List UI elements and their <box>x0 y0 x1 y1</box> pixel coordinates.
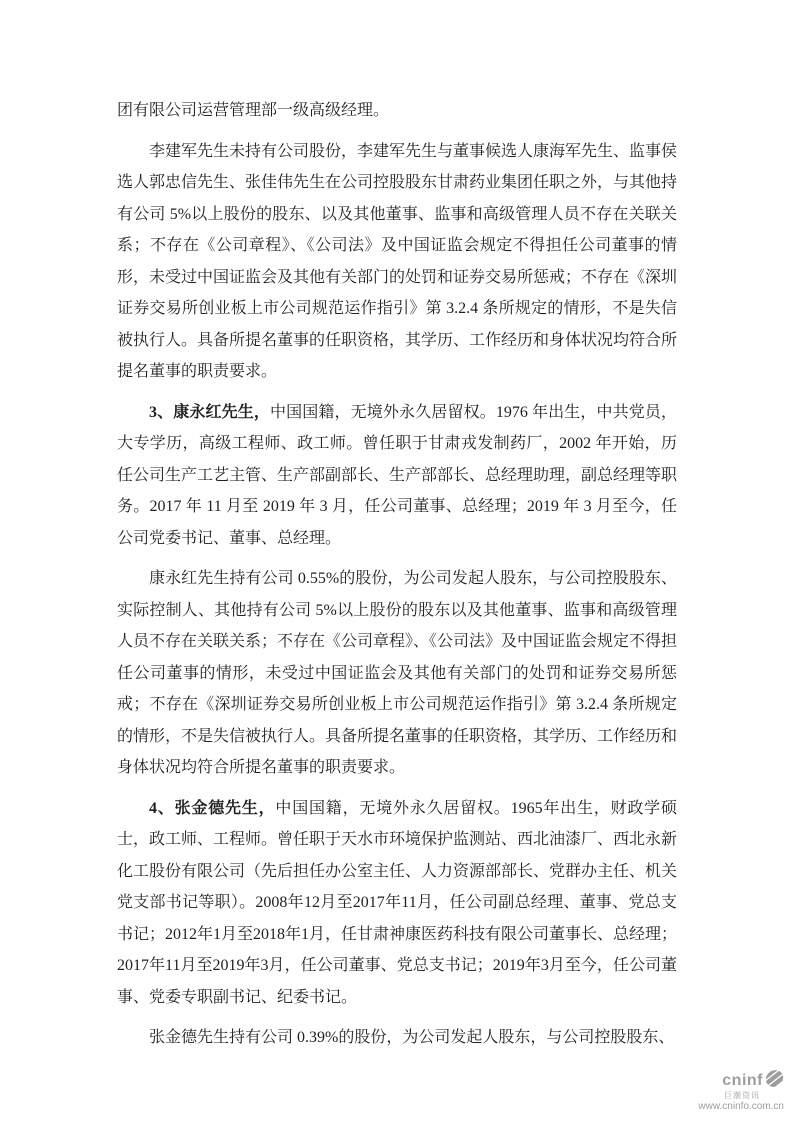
kangyonghong-bio-text: 中国国籍，无境外永久居留权。1976 年出生，中共党员，大专学历，高级工程师、政… <box>117 404 677 547</box>
kangyonghong-name-lead: 3、康永红先生， <box>149 404 270 421</box>
cninfo-watermark: cninf 巨潮资讯 www.cninfo.com.cn <box>698 1070 784 1112</box>
document-page: 团有限公司运营管理部一级高级经理。 李建军先生未持有公司股份，李建军先生与董事候… <box>0 0 793 1122</box>
paragraph-zhangjinde-shareholding: 张金德先生持有公司 0.39%的股份，为公司发起人股东，与公司控股股东、 <box>117 1022 677 1054</box>
document-body: 团有限公司运营管理部一级高级经理。 李建军先生未持有公司股份，李建军先生与董事候… <box>117 95 677 1054</box>
cninfo-logo-row: cninf <box>722 1070 784 1091</box>
cninfo-logo-text: cninf <box>722 1073 763 1089</box>
cninfo-swirl-icon <box>765 1070 784 1091</box>
zhangjinde-bio-text: 中国国籍，无境外永久居留权。1965年出生，财政学硕士，政工师、工程师。曾任职于… <box>117 800 677 1006</box>
cninfo-logo-url: www.cninfo.com.cn <box>698 1102 784 1112</box>
cninfo-logo-subtext: 巨潮资讯 <box>724 1092 760 1100</box>
zhangjinde-name-lead: 4、张金德先生， <box>149 800 275 817</box>
paragraph-zhangjinde-bio: 4、张金德先生，中国国籍，无境外永久居留权。1965年出生，财政学硕士，政工师、… <box>117 793 677 1014</box>
paragraph-lijianjun-shareholding: 李建军先生未持有公司股份，李建军先生与董事候选人康海军先生、监事侯选人郭忠信先生… <box>117 136 677 388</box>
paragraph-continuation: 团有限公司运营管理部一级高级经理。 <box>117 95 677 127</box>
paragraph-kangyonghong-bio: 3、康永红先生，中国国籍，无境外永久居留权。1976 年出生，中共党员，大专学历… <box>117 397 677 555</box>
paragraph-kangyonghong-shareholding: 康永红先生持有公司 0.55%的股份，为公司发起人股东，与公司控股股东、实际控制… <box>117 563 677 784</box>
